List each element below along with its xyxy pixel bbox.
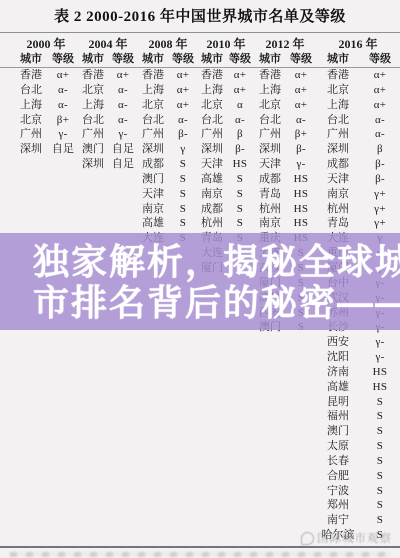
- city-cell: 上海: [14, 98, 48, 113]
- city-cell: [254, 513, 286, 528]
- city-cell: [78, 409, 108, 424]
- grade-cell: α+: [286, 83, 316, 98]
- city-cell: [78, 424, 108, 439]
- city-cell: [78, 187, 108, 202]
- grade-cell: [168, 454, 198, 469]
- city-cell: 北京: [198, 98, 226, 113]
- city-cell: [78, 395, 108, 410]
- city-cell: 北京: [14, 113, 48, 128]
- subheader-city: 城市: [254, 52, 286, 67]
- city-cell: 上海: [198, 83, 226, 98]
- city-cell: [254, 365, 286, 380]
- city-cell: 南宁: [316, 513, 360, 528]
- city-cell: 高雄: [316, 380, 360, 395]
- city-cell: 台北: [254, 113, 286, 128]
- city-cell: 杭州: [254, 202, 286, 217]
- promo-overlay-line-1: 独家解析，揭秘全球城: [0, 233, 400, 282]
- grade-cell: [226, 498, 254, 513]
- grade-cell: [168, 484, 198, 499]
- swirl-logo-icon: [301, 532, 314, 545]
- city-cell: [138, 365, 168, 380]
- year-header-2000: 2000 年: [14, 36, 78, 52]
- grade-cell: [108, 172, 138, 187]
- city-cell: [138, 469, 168, 484]
- grade-cell: α-: [108, 98, 138, 113]
- grade-cell: HS: [226, 157, 254, 172]
- city-cell: 杭州: [316, 202, 360, 217]
- grade-cell: S: [360, 513, 400, 528]
- row-spacer: [0, 365, 14, 380]
- grade-cell: [108, 216, 138, 231]
- city-cell: [254, 424, 286, 439]
- grade-cell: [226, 380, 254, 395]
- grade-cell: [168, 335, 198, 350]
- grade-cell: [108, 365, 138, 380]
- city-cell: 深圳: [78, 157, 108, 172]
- city-cell: 合肥: [316, 469, 360, 484]
- city-cell: [78, 469, 108, 484]
- city-cell: 西安: [316, 335, 360, 350]
- city-cell: 深圳: [14, 142, 48, 157]
- grade-cell: β: [360, 142, 400, 157]
- city-cell: [138, 498, 168, 513]
- row-spacer: [0, 409, 14, 424]
- city-cell: [198, 395, 226, 410]
- row-spacer: [0, 484, 14, 499]
- city-cell: 澳门: [316, 424, 360, 439]
- grade-cell: S: [168, 172, 198, 187]
- grade-cell: α-: [168, 113, 198, 128]
- city-cell: 南京: [198, 187, 226, 202]
- grade-cell: [168, 350, 198, 365]
- grade-cell: α-: [360, 113, 400, 128]
- city-cell: [138, 513, 168, 528]
- city-cell: [78, 380, 108, 395]
- grade-cell: [48, 187, 78, 202]
- city-cell: 香港: [198, 68, 226, 83]
- grade-cell: [168, 424, 198, 439]
- city-cell: [254, 498, 286, 513]
- city-cell: 广州: [78, 127, 108, 142]
- grade-cell: [226, 513, 254, 528]
- row-spacer: [0, 113, 14, 128]
- grade-cell: α-: [286, 113, 316, 128]
- city-cell: 北京: [254, 98, 286, 113]
- city-cell: 青岛: [254, 187, 286, 202]
- grade-cell: [108, 469, 138, 484]
- city-cell: [198, 365, 226, 380]
- row-spacer: [0, 142, 14, 157]
- city-cell: [254, 380, 286, 395]
- grade-cell: [226, 424, 254, 439]
- city-cell: 深圳: [316, 142, 360, 157]
- grade-cell: S: [168, 216, 198, 231]
- grade-cell: γ-: [286, 157, 316, 172]
- grade-cell: S: [360, 498, 400, 513]
- grade-cell: [226, 528, 254, 543]
- city-cell: 成都: [138, 157, 168, 172]
- city-cell: [198, 409, 226, 424]
- city-cell: 高雄: [138, 216, 168, 231]
- city-cell: 青岛: [316, 216, 360, 231]
- grade-cell: γ-: [108, 127, 138, 142]
- city-cell: [254, 528, 286, 543]
- grade-cell: [286, 454, 316, 469]
- grade-cell: γ: [168, 142, 198, 157]
- city-cell: 香港: [254, 68, 286, 83]
- subheader-city: 城市: [14, 52, 48, 67]
- city-cell: 南京: [316, 187, 360, 202]
- city-cell: [198, 498, 226, 513]
- city-cell: 北京: [316, 83, 360, 98]
- grade-cell: [226, 484, 254, 499]
- grade-cell: α-: [226, 113, 254, 128]
- grade-cell: [286, 484, 316, 499]
- grade-cell: [226, 409, 254, 424]
- grade-cell: [286, 395, 316, 410]
- grade-cell: [226, 439, 254, 454]
- city-cell: [14, 187, 48, 202]
- grade-cell: β-: [360, 157, 400, 172]
- city-cell: 澳门: [138, 172, 168, 187]
- row-spacer: [0, 157, 14, 172]
- city-cell: [198, 469, 226, 484]
- city-cell: 上海: [78, 98, 108, 113]
- city-cell: 台北: [198, 113, 226, 128]
- grade-cell: [108, 187, 138, 202]
- grade-cell: [48, 409, 78, 424]
- row-spacer: [0, 469, 14, 484]
- grade-cell: α+: [360, 83, 400, 98]
- city-cell: [198, 335, 226, 350]
- row-spacer: [0, 424, 14, 439]
- grade-cell: [168, 513, 198, 528]
- row-spacer: [0, 528, 14, 543]
- promo-overlay-line-2: 市排名背后的秘密——: [0, 282, 400, 323]
- row-spacer: [0, 83, 14, 98]
- grade-cell: [48, 335, 78, 350]
- grade-cell: [108, 424, 138, 439]
- city-cell: [14, 439, 48, 454]
- grade-cell: 自足: [108, 157, 138, 172]
- grade-cell: γ-: [360, 350, 400, 365]
- watermark-label: 国际城市观察: [317, 530, 392, 546]
- grade-cell: [48, 395, 78, 410]
- row-spacer: [0, 395, 14, 410]
- city-cell: 南京: [138, 202, 168, 217]
- grade-cell: β-: [226, 142, 254, 157]
- city-cell: [254, 469, 286, 484]
- city-cell: 台北: [138, 113, 168, 128]
- grade-cell: [286, 513, 316, 528]
- city-cell: 天津: [198, 157, 226, 172]
- grade-cell: [168, 365, 198, 380]
- row-spacer: [0, 172, 14, 187]
- city-cell: [78, 454, 108, 469]
- grade-cell: [226, 454, 254, 469]
- city-cell: [14, 380, 48, 395]
- city-cell: [138, 380, 168, 395]
- subheader-grade: 等级: [360, 52, 400, 67]
- year-header-2004: 2004 年: [78, 36, 138, 52]
- grade-cell: [48, 469, 78, 484]
- grade-cell: [48, 513, 78, 528]
- article-table-image: 表 2 2000-2016 年中国世界城市名单及等级 2000 年2004 年2…: [0, 0, 400, 558]
- city-cell: [78, 528, 108, 543]
- grade-cell: 自足: [48, 142, 78, 157]
- grade-cell: [168, 395, 198, 410]
- city-cell: [14, 513, 48, 528]
- city-cell: [78, 439, 108, 454]
- grade-cell: S: [226, 216, 254, 231]
- city-cell: 宁波: [316, 484, 360, 499]
- subheader-city: 城市: [316, 52, 360, 67]
- table-header: 2000 年2004 年2008 年2010 年2012 年2016 年城市等级…: [0, 33, 400, 68]
- city-cell: [78, 172, 108, 187]
- grade-cell: α+: [168, 68, 198, 83]
- city-cell: 上海: [138, 83, 168, 98]
- grade-cell: S: [168, 157, 198, 172]
- city-cell: [78, 513, 108, 528]
- city-cell: [138, 528, 168, 543]
- grade-cell: 自足: [108, 142, 138, 157]
- city-cell: 香港: [14, 68, 48, 83]
- grade-cell: HS: [286, 202, 316, 217]
- grade-cell: [108, 439, 138, 454]
- row-spacer: [0, 202, 14, 217]
- city-cell: [14, 409, 48, 424]
- grade-cell: S: [168, 187, 198, 202]
- subheader-city: 城市: [78, 52, 108, 67]
- city-cell: [254, 335, 286, 350]
- grade-cell: [226, 469, 254, 484]
- city-cell: [78, 350, 108, 365]
- city-cell: 广州: [198, 127, 226, 142]
- city-cell: 深圳: [198, 142, 226, 157]
- subheader-city: 城市: [138, 52, 168, 67]
- row-spacer: [0, 216, 14, 231]
- grade-cell: α+: [286, 98, 316, 113]
- grade-cell: S: [360, 439, 400, 454]
- city-cell: 郑州: [316, 498, 360, 513]
- city-cell: [14, 498, 48, 513]
- city-cell: [14, 216, 48, 231]
- grade-cell: [108, 335, 138, 350]
- grade-cell: HS: [286, 187, 316, 202]
- grade-cell: β-: [168, 127, 198, 142]
- grade-cell: γ+: [360, 202, 400, 217]
- row-spacer: [0, 454, 14, 469]
- city-cell: 广州: [254, 127, 286, 142]
- grade-cell: [108, 454, 138, 469]
- grade-cell: [48, 365, 78, 380]
- grade-cell: [108, 202, 138, 217]
- grade-cell: [286, 335, 316, 350]
- grade-cell: [226, 350, 254, 365]
- grade-cell: HS: [360, 380, 400, 395]
- city-cell: [78, 216, 108, 231]
- city-cell: 高雄: [198, 172, 226, 187]
- city-cell: 深圳: [138, 142, 168, 157]
- year-header-2008: 2008 年: [138, 36, 198, 52]
- grade-cell: α+: [360, 68, 400, 83]
- grade-cell: α+: [108, 68, 138, 83]
- grade-cell: [48, 202, 78, 217]
- grade-cell: [108, 350, 138, 365]
- grade-cell: S: [360, 409, 400, 424]
- city-cell: [138, 335, 168, 350]
- year-header-2012: 2012 年: [254, 36, 316, 52]
- city-cell: [138, 350, 168, 365]
- city-cell: 广州: [14, 127, 48, 142]
- grade-cell: α+: [226, 83, 254, 98]
- city-cell: [14, 157, 48, 172]
- subheader-city: 城市: [198, 52, 226, 67]
- city-cell: [138, 424, 168, 439]
- grade-cell: [168, 498, 198, 513]
- grade-cell: α+: [168, 83, 198, 98]
- city-cell: 香港: [138, 68, 168, 83]
- grade-cell: β: [226, 127, 254, 142]
- grade-cell: [286, 424, 316, 439]
- city-cell: 成都: [316, 157, 360, 172]
- city-cell: [14, 484, 48, 499]
- grade-cell: [48, 216, 78, 231]
- city-cell: 香港: [316, 68, 360, 83]
- promo-overlay: 独家解析，揭秘全球城 市排名背后的秘密——: [0, 233, 400, 330]
- row-spacer: [0, 98, 14, 113]
- grade-cell: [48, 172, 78, 187]
- grade-cell: α+: [48, 68, 78, 83]
- city-cell: [78, 202, 108, 217]
- city-cell: 上海: [316, 98, 360, 113]
- city-cell: 长春: [316, 454, 360, 469]
- city-cell: 太原: [316, 439, 360, 454]
- year-header-2010: 2010 年: [198, 36, 254, 52]
- grade-cell: γ+: [360, 187, 400, 202]
- table-title: 表 2 2000-2016 年中国世界城市名单及等级: [0, 0, 400, 26]
- city-cell: [78, 365, 108, 380]
- grade-cell: S: [360, 484, 400, 499]
- city-cell: 杭州: [198, 216, 226, 231]
- grade-cell: β-: [360, 172, 400, 187]
- grade-cell: [286, 498, 316, 513]
- grade-cell: S: [226, 172, 254, 187]
- grade-cell: α: [226, 98, 254, 113]
- city-cell: [14, 469, 48, 484]
- city-cell: 深圳: [254, 142, 286, 157]
- city-cell: [198, 454, 226, 469]
- grade-cell: [286, 409, 316, 424]
- grade-cell: [286, 380, 316, 395]
- grade-cell: γ-: [360, 335, 400, 350]
- grade-cell: [48, 157, 78, 172]
- city-cell: [14, 454, 48, 469]
- grade-cell: [108, 380, 138, 395]
- city-cell: [198, 439, 226, 454]
- grade-cell: [226, 335, 254, 350]
- city-cell: [254, 395, 286, 410]
- subheader-grade: 等级: [226, 52, 254, 67]
- city-cell: [138, 484, 168, 499]
- city-cell: 沈阳: [316, 350, 360, 365]
- city-cell: [14, 365, 48, 380]
- grade-cell: [48, 498, 78, 513]
- row-spacer: [0, 439, 14, 454]
- row-spacer: [0, 380, 14, 395]
- grade-cell: HS: [286, 172, 316, 187]
- city-cell: [14, 335, 48, 350]
- grade-cell: β-: [286, 142, 316, 157]
- grade-cell: [48, 424, 78, 439]
- year-header-2016: 2016 年: [316, 36, 400, 52]
- grade-cell: α-: [108, 83, 138, 98]
- city-cell: 广州: [316, 127, 360, 142]
- city-cell: [198, 424, 226, 439]
- grade-cell: [48, 439, 78, 454]
- subheader-grade: 等级: [286, 52, 316, 67]
- city-cell: [138, 395, 168, 410]
- grade-cell: [168, 439, 198, 454]
- grade-cell: [108, 513, 138, 528]
- grade-cell: [108, 409, 138, 424]
- grade-cell: [286, 350, 316, 365]
- city-cell: [198, 484, 226, 499]
- blurred-caption: [10, 552, 390, 557]
- grade-cell: [108, 484, 138, 499]
- watermark: 国际城市观察: [301, 530, 392, 546]
- city-cell: 天津: [316, 172, 360, 187]
- city-cell: 昆明: [316, 395, 360, 410]
- grade-cell: α+: [286, 68, 316, 83]
- grade-cell: γ-: [48, 127, 78, 142]
- city-cell: 澳门: [78, 142, 108, 157]
- city-cell: [78, 335, 108, 350]
- city-cell: [14, 172, 48, 187]
- city-cell: [14, 528, 48, 543]
- city-cell: [198, 513, 226, 528]
- city-cell: [14, 202, 48, 217]
- grade-cell: β+: [48, 113, 78, 128]
- grade-cell: [286, 469, 316, 484]
- city-cell: 成都: [254, 172, 286, 187]
- city-cell: [138, 439, 168, 454]
- city-cell: 天津: [254, 157, 286, 172]
- grade-cell: β+: [286, 127, 316, 142]
- city-cell: [78, 484, 108, 499]
- grade-cell: [226, 395, 254, 410]
- city-cell: [254, 350, 286, 365]
- grade-cell: [168, 528, 198, 543]
- grade-cell: α-: [48, 98, 78, 113]
- grade-cell: S: [226, 202, 254, 217]
- grade-cell: [48, 528, 78, 543]
- grade-cell: [168, 469, 198, 484]
- grade-cell: S: [360, 469, 400, 484]
- grade-cell: [48, 484, 78, 499]
- city-cell: 北京: [78, 83, 108, 98]
- city-cell: 台北: [316, 113, 360, 128]
- city-cell: [138, 409, 168, 424]
- row-spacer: [0, 127, 14, 142]
- city-cell: 香港: [78, 68, 108, 83]
- grade-cell: S: [168, 202, 198, 217]
- city-cell: [254, 409, 286, 424]
- grade-cell: [48, 454, 78, 469]
- grade-cell: [226, 365, 254, 380]
- city-cell: [78, 498, 108, 513]
- city-cell: [254, 439, 286, 454]
